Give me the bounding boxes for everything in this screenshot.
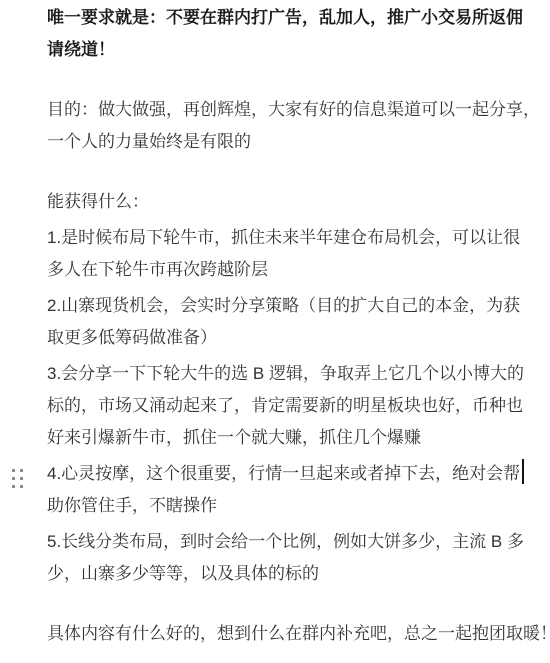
text-line[interactable]: 唯一要求就是：不要在群内打广告，乱加人，推广小交易所返佣 xyxy=(47,2,532,34)
text-run: 2.山寨现货机会，会实时分享策略（目的扩大自己的本金，为获 xyxy=(47,296,520,315)
text-line[interactable]: 能获得什么： xyxy=(47,186,532,218)
text-run: 请绕道！ xyxy=(47,40,115,59)
drag-handle-dot xyxy=(12,477,15,480)
drag-handle-dot xyxy=(20,485,23,488)
text-line[interactable]: 取更多低筹码做准备） xyxy=(47,322,532,354)
text-run: 助你管住手，不瞎操作 xyxy=(47,496,217,515)
text-line[interactable]: 具体内容有什么好的，想到什么在群内补充吧，总之一起抱团取暖！ xyxy=(47,618,532,650)
drag-handle-dot xyxy=(20,469,23,472)
text-run: 好来引爆新牛市，抓住一个就大赚，抓住几个爆赚 xyxy=(47,428,421,447)
text-line[interactable]: 多人在下轮牛市再次跨越阶层 xyxy=(47,254,532,286)
text-line[interactable]: 3.会分享一下下轮大牛的选 B 逻辑，争取弄上它几个以小博大的 xyxy=(47,358,532,390)
drag-handle-icon[interactable] xyxy=(12,469,23,488)
text-run: 能获得什么： xyxy=(47,192,149,211)
closing-paragraph[interactable]: 具体内容有什么好的，想到什么在群内补充吧，总之一起抱团取暖！ xyxy=(47,618,532,650)
drag-handle-dot xyxy=(12,469,15,472)
text-cursor xyxy=(522,459,524,484)
text-line[interactable]: 目的：做大做强，再创辉煌，大家有好的信息渠道可以一起分享， xyxy=(47,94,532,126)
blank-line xyxy=(47,162,532,186)
text-run: 1.是时候布局下轮牛市，抓住未来半年建仓布局机会，可以让很 xyxy=(47,228,520,247)
text-line[interactable]: 一个人的力量始终是有限的 xyxy=(47,126,532,158)
drag-handle-dot xyxy=(12,485,15,488)
text-line[interactable]: 5.长线分类布局，到时会给一个比例，例如大饼多少，主流 B 多 xyxy=(47,526,532,558)
text-run: 3.会分享一下下轮大牛的选 B 逻辑，争取弄上它几个以小博大的 xyxy=(47,364,524,383)
text-line[interactable]: 助你管住手，不瞎操作 xyxy=(47,490,532,522)
text-run: 标的，市场又涌动起来了，肯定需要新的明星板块也好，币种也 xyxy=(47,396,523,415)
text-run: 取更多低筹码做准备） xyxy=(47,328,217,347)
text-run: 5.长线分类布局，到时会给一个比例，例如大饼多少，主流 B 多 xyxy=(47,532,524,551)
document-content[interactable]: 唯一要求就是：不要在群内打广告，乱加人，推广小交易所返佣请绕道！目的：做大做强，… xyxy=(0,0,550,650)
text-line[interactable]: 4.心灵按摩，这个很重要，行情一旦起来或者掉下去，绝对会帮 xyxy=(47,458,532,490)
benefit-item-4[interactable]: 4.心灵按摩，这个很重要，行情一旦起来或者掉下去，绝对会帮助你管住手，不瞎操作 xyxy=(47,458,532,522)
purpose-paragraph[interactable]: 目的：做大做强，再创辉煌，大家有好的信息渠道可以一起分享，一个人的力量始终是有限… xyxy=(47,94,532,158)
benefit-item-2[interactable]: 2.山寨现货机会，会实时分享策略（目的扩大自己的本金，为获取更多低筹码做准备） xyxy=(47,290,532,354)
text-run: 具体内容有什么好的，想到什么在群内补充吧，总之一起抱团取暖！ xyxy=(47,624,550,643)
blank-line xyxy=(47,594,532,618)
rule-paragraph[interactable]: 唯一要求就是：不要在群内打广告，乱加人，推广小交易所返佣请绕道！ xyxy=(47,2,532,66)
text-run: 一个人的力量始终是有限的 xyxy=(47,132,251,151)
text-run: 唯一要求就是：不要在群内打广告，乱加人，推广小交易所返佣 xyxy=(47,8,523,27)
text-line[interactable]: 少，山寨多少等等，以及具体的标的 xyxy=(47,558,532,590)
benefits-heading[interactable]: 能获得什么： xyxy=(47,186,532,218)
text-run: 4.心灵按摩，这个很重要，行情一旦起来或者掉下去，绝对会帮 xyxy=(47,464,520,483)
text-line[interactable]: 请绕道！ xyxy=(47,34,532,66)
document-page: 唯一要求就是：不要在群内打广告，乱加人，推广小交易所返佣请绕道！目的：做大做强，… xyxy=(0,0,550,663)
benefit-item-3[interactable]: 3.会分享一下下轮大牛的选 B 逻辑，争取弄上它几个以小博大的标的，市场又涌动起… xyxy=(47,358,532,454)
blank-line xyxy=(47,70,532,94)
drag-handle-dot xyxy=(20,477,23,480)
text-run: 多人在下轮牛市再次跨越阶层 xyxy=(47,260,268,279)
text-run: 目的：做大做强，再创辉煌，大家有好的信息渠道可以一起分享， xyxy=(47,100,540,119)
text-line[interactable]: 1.是时候布局下轮牛市，抓住未来半年建仓布局机会，可以让很 xyxy=(47,222,532,254)
text-run: 少，山寨多少等等，以及具体的标的 xyxy=(47,564,319,583)
benefit-item-5[interactable]: 5.长线分类布局，到时会给一个比例，例如大饼多少，主流 B 多少，山寨多少等等，… xyxy=(47,526,532,590)
benefit-item-1[interactable]: 1.是时候布局下轮牛市，抓住未来半年建仓布局机会，可以让很多人在下轮牛市再次跨越… xyxy=(47,222,532,286)
text-line[interactable]: 2.山寨现货机会，会实时分享策略（目的扩大自己的本金，为获 xyxy=(47,290,532,322)
text-line[interactable]: 标的，市场又涌动起来了，肯定需要新的明星板块也好，币种也 xyxy=(47,390,532,422)
text-line[interactable]: 好来引爆新牛市，抓住一个就大赚，抓住几个爆赚 xyxy=(47,422,532,454)
